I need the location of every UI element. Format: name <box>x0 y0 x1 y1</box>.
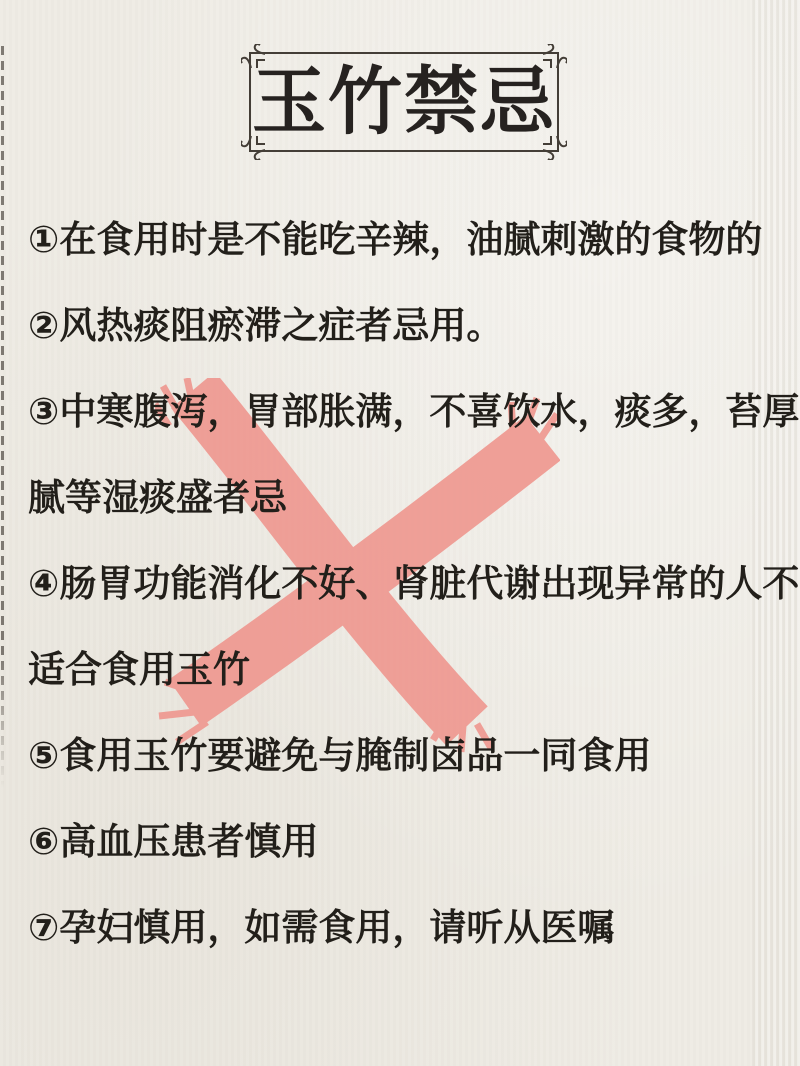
taboo-list: ①在食用时是不能吃辛辣，油腻刺激的食物的 ②风热痰阻瘀滞之症者忌用。 ③中寒腹泻… <box>28 197 792 971</box>
perforation-dashed-line <box>1 46 4 788</box>
taboo-item-5-line-1: ⑤食用玉竹要避免与腌制卤品一同食用 <box>28 713 792 799</box>
corner-scroll-ornament-icon <box>241 44 267 70</box>
taboo-item-6-line-1: ⑥高血压患者慎用 <box>28 799 792 885</box>
corner-scroll-ornament-icon <box>541 134 567 160</box>
page-title: 玉竹禁忌 <box>252 65 556 139</box>
taboo-item-1-line-1: ①在食用时是不能吃辛辣，油腻刺激的食物的 <box>28 197 792 283</box>
title-frame: 玉竹禁忌 <box>249 52 559 152</box>
corner-scroll-ornament-icon <box>241 134 267 160</box>
taboo-item-3-line-1: ③中寒腹泻，胃部胀满，不喜饮水，痰多，苔厚 <box>28 369 792 455</box>
taboo-item-4-line-2: 适合食用玉竹 <box>28 627 792 713</box>
taboo-item-2-line-1: ②风热痰阻瘀滞之症者忌用。 <box>28 283 792 369</box>
taboo-item-4-line-1: ④肠胃功能消化不好、肾脏代谢出现异常的人不 <box>28 541 792 627</box>
taboo-item-7-line-1: ⑦孕妇慎用，如需食用，请听从医嘱 <box>28 885 792 971</box>
taboo-item-3-line-2: 腻等湿痰盛者忌 <box>28 455 792 541</box>
corner-scroll-ornament-icon <box>541 44 567 70</box>
